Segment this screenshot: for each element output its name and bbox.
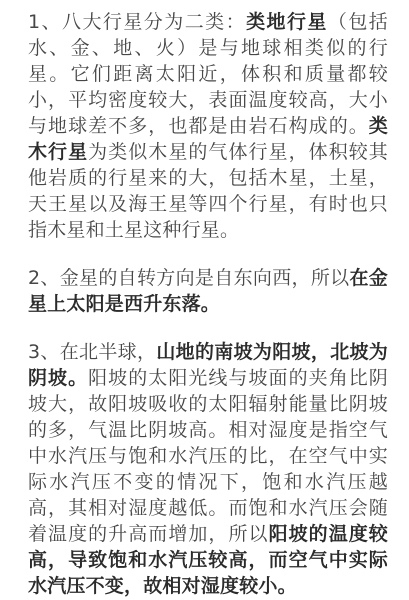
note-text: 2、金星的自转方向是自东向西，所以 <box>28 267 349 289</box>
note-text-bold: 类地行星 <box>246 11 328 33</box>
note-text: 阳坡的太阳光线与坡面的夹角比阴坡大，故阳坡吸收的太阳辐射能量比阴坡的多，气温比阴… <box>28 367 388 545</box>
note-paragraph-1: 1、八大行星分为二类：类地行星（包括水、金、地、火）是与地球相类似的行星。它们距… <box>28 9 388 243</box>
note-paragraph-2: 2、金星的自转方向是自东向西，所以在金星上太阳是西升东落。 <box>28 265 388 317</box>
note-text: 1、八大行星分为二类： <box>28 11 246 33</box>
notes-list: 1、八大行星分为二类：类地行星（包括水、金、地、火）是与地球相类似的行星。它们距… <box>28 9 388 599</box>
note-text: 3、在北半球， <box>28 341 156 363</box>
note-paragraph-3: 3、在北半球，山地的南坡为阳坡，北坡为阴坡。阳坡的太阳光线与坡面的夹角比阴坡大，… <box>28 339 388 599</box>
notes-page: 1、八大行星分为二类：类地行星（包括水、金、地、火）是与地球相类似的行星。它们距… <box>0 0 409 600</box>
